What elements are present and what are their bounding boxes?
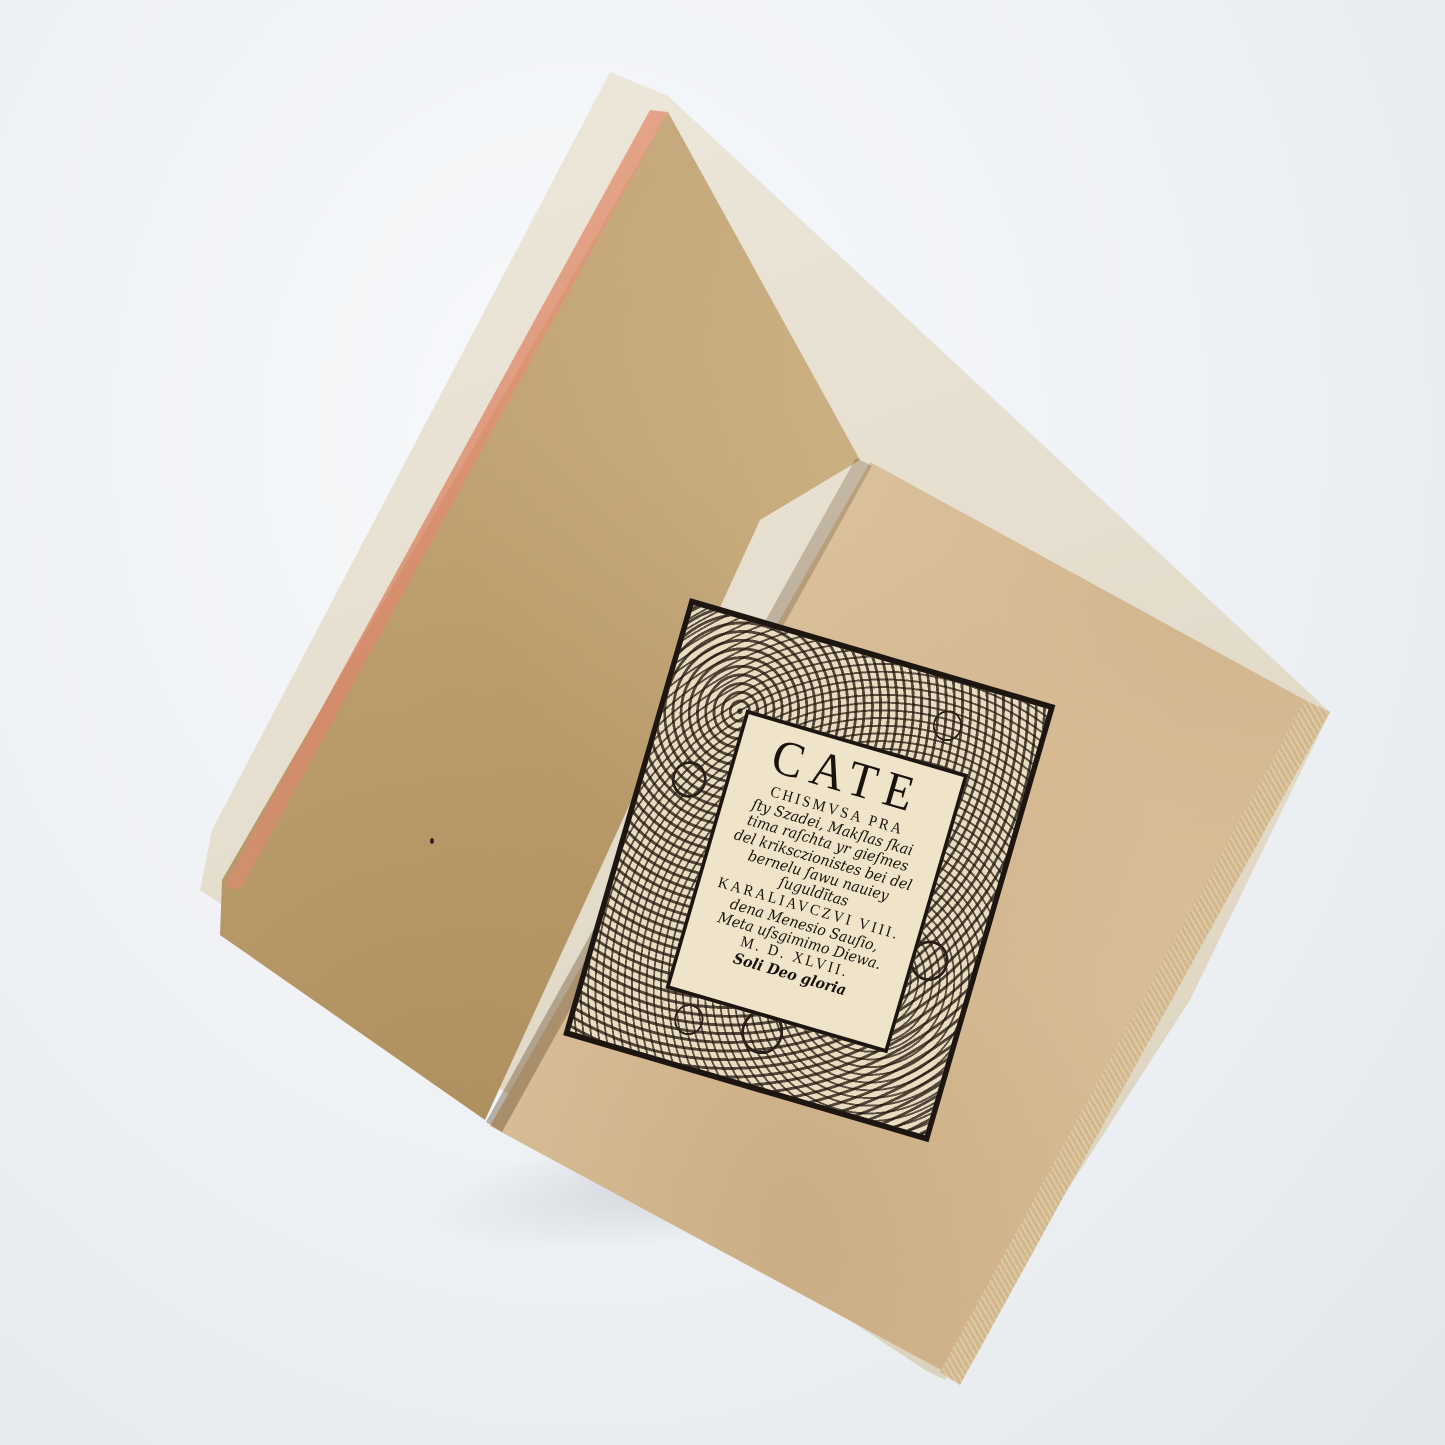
book-photo: CATE CHISMVSA PRA ſty Szadei, Makſlas ſk…	[0, 0, 1445, 1445]
ink-speck	[430, 838, 434, 844]
